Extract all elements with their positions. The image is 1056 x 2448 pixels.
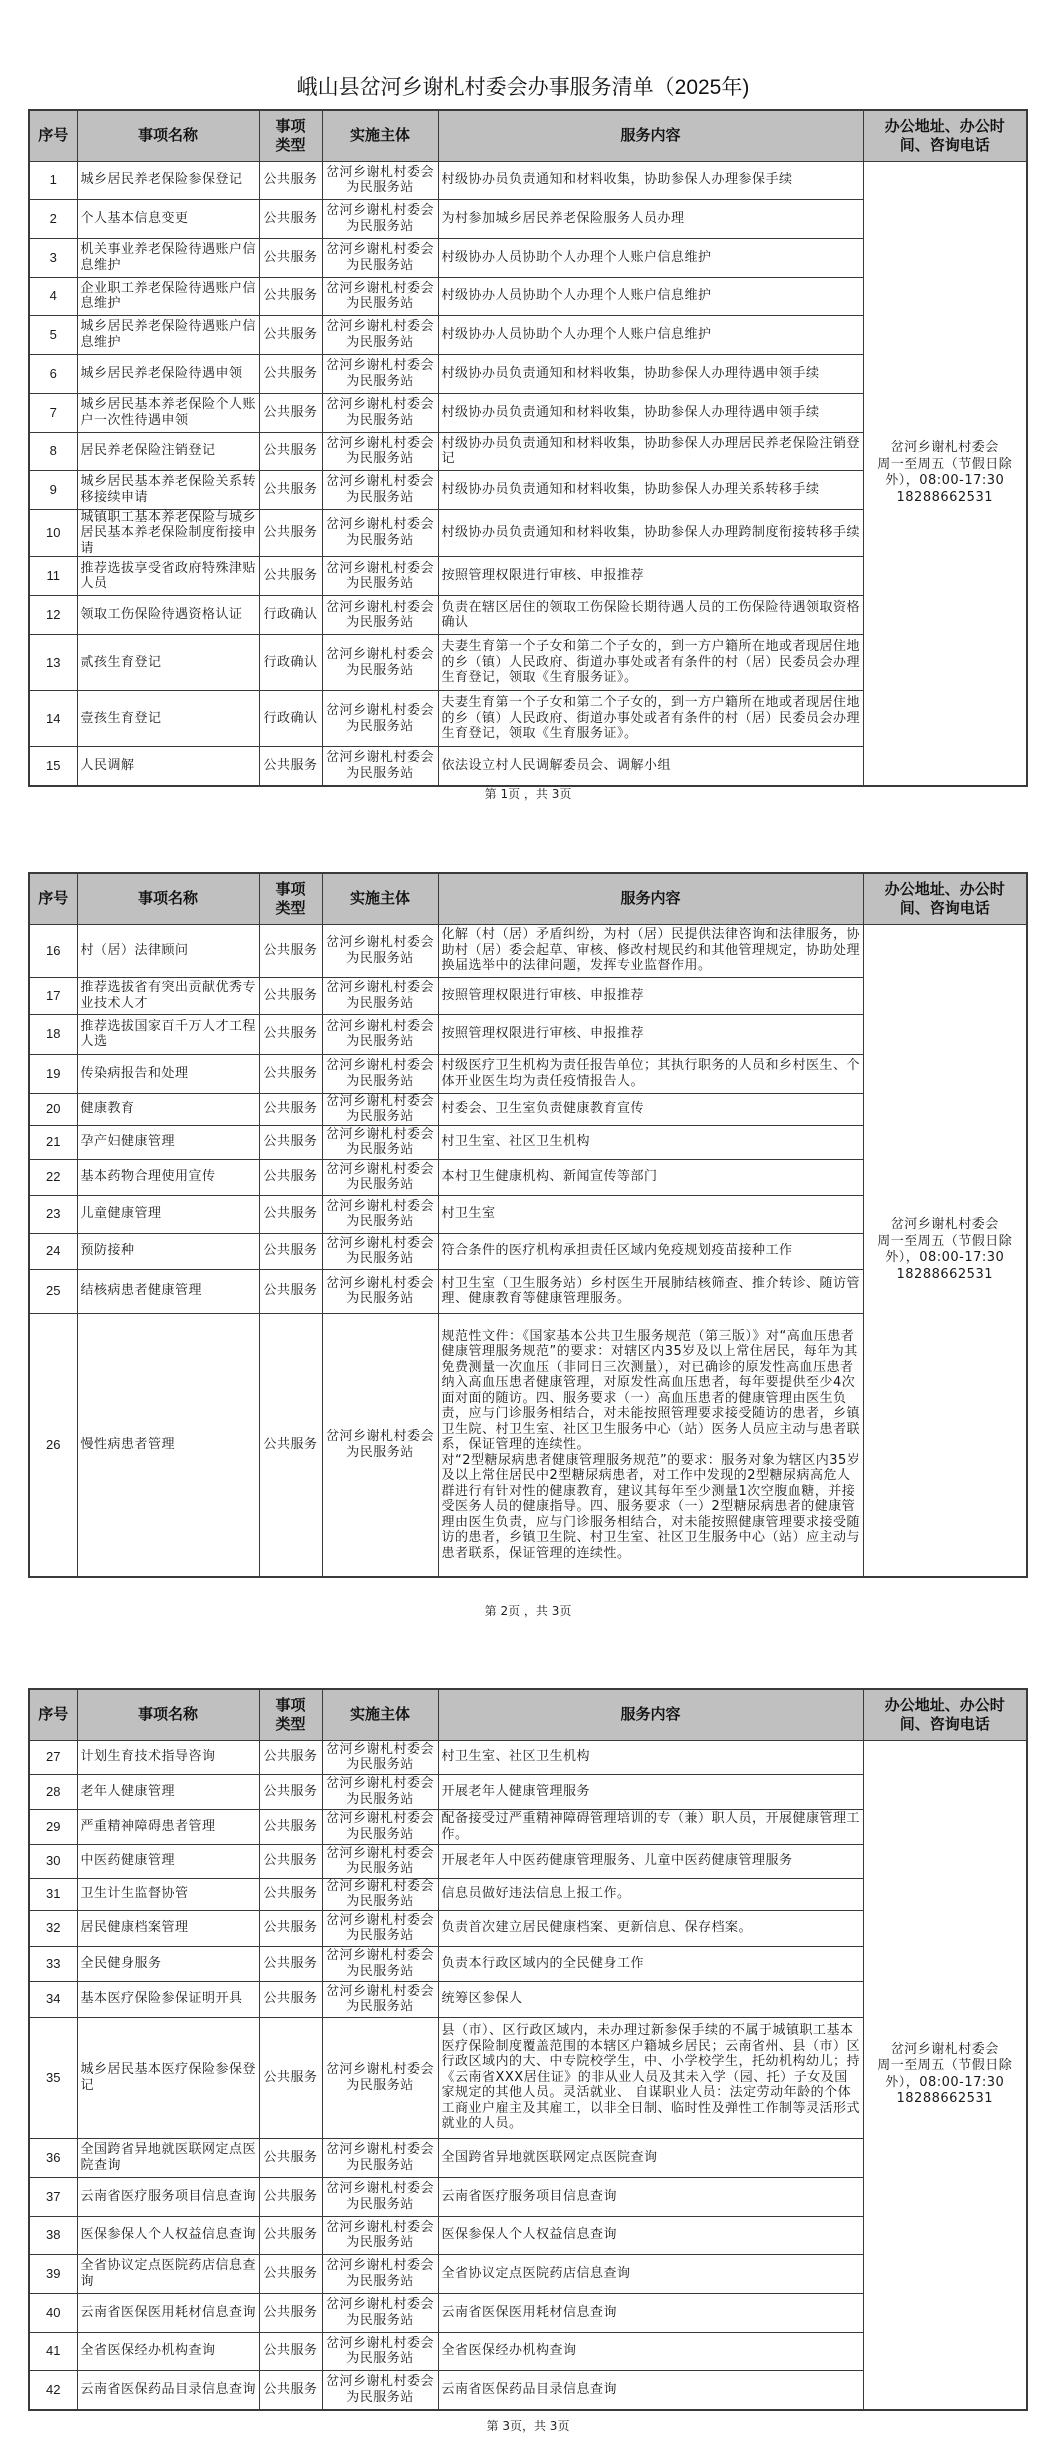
cell-item-name: 儿童健康管理 [77,1195,259,1233]
cell-item-name: 机关事业养老保险待遇账户信息维护 [77,238,259,277]
cell-item-name: 城乡居民养老保险参保登记 [77,161,259,199]
cell-item-type: 公共服务 [259,924,322,977]
cell-service-content: 村级协办员负责通知和材料收集，协助参保人办理待遇申领手续 [438,354,863,393]
cell-item-type: 行政确认 [259,596,322,635]
cell-item-name: 全省协议定点医院药店信息查询 [77,2254,259,2293]
cell-agency: 岔河乡谢札村委会为民服务站 [322,277,438,315]
cell-item-type: 公共服务 [259,393,322,432]
cell-agency: 岔河乡谢札村委会为民服务站 [322,1014,438,1054]
contact-phone: 18288662531 [876,2091,1015,2108]
cell-item-name: 村（居）法律顾问 [77,924,259,977]
cell-index: 21 [29,1125,77,1159]
cell-service-content: 县（市）、区行政区域内，未办理过新参保手续的不属于城镇职工基本医疗保险制度覆盖范… [438,2017,863,2138]
cell-item-name: 健康教育 [77,1093,259,1125]
contact-phone: 18288662531 [876,490,1015,507]
cell-agency: 岔河乡谢札村委会为民服务站 [322,1946,438,1981]
cell-service-content: 村级协办员负责通知和材料收集，协助参保人办理参保手续 [438,161,863,199]
cell-agency: 岔河乡谢札村委会为民服务站 [322,1125,438,1159]
cell-item-name: 领取工伤保险待遇资格认证 [77,596,259,635]
cell-index: 5 [29,315,77,354]
cell-item-name: 计划生育技术指导咨询 [77,1740,259,1774]
cell-item-type: 公共服务 [259,2332,322,2370]
cell-item-name: 全国跨省异地就医联网定点医院查询 [77,2138,259,2177]
cell-item-name: 城乡居民基本养老保险个人账户一次性待遇申领 [77,393,259,432]
table-header: 序号 事项名称 事项 类型 实施主体 服务内容 办公地址、办公时 间、咨询电话 [29,873,1027,924]
header-item-name: 事项名称 [77,873,259,924]
cell-agency: 岔河乡谢札村委会为民服务站 [322,2138,438,2177]
cell-agency: 岔河乡谢札村委会为民服务站 [322,1269,438,1313]
cell-item-type: 公共服务 [259,2293,322,2332]
cell-agency: 岔河乡谢札村委会为民服务站 [322,161,438,199]
cell-service-content: 负责在辖区居住的领取工伤保险长期待遇人员的工伤保险待遇领取资格确认 [438,596,863,635]
cell-item-name: 企业职工养老保险待遇账户信息维护 [77,277,259,315]
cell-agency: 岔河乡谢札村委会为民服务站 [322,470,438,509]
cell-index: 18 [29,1014,77,1054]
cell-service-content: 配备接受过严重精神障碍管理培训的专（兼）职人员，开展健康管理工作。 [438,1809,863,1844]
header-row: 序号 事项名称 事项 类型 实施主体 服务内容 办公地址、办公时 间、咨询电话 [29,110,1027,161]
cell-agency: 岔河乡谢札村委会为民服务站 [322,1981,438,2017]
cell-item-type: 公共服务 [259,1159,322,1195]
cell-item-name: 城镇职工基本养老保险与城乡居民基本养老保险制度衔接申请 [77,509,259,557]
cell-agency: 岔河乡谢札村委会为民服务站 [322,1844,438,1878]
cell-service-content: 云南省医保药品目录信息查询 [438,2370,863,2410]
cell-index: 32 [29,1910,77,1946]
contact-org: 岔河乡谢札村委会 [876,2042,1015,2059]
page-footer-3: 第 3页，共 3页 [0,2418,1056,2434]
cell-agency: 岔河乡谢札村委会为民服务站 [322,924,438,977]
cell-item-name: 推荐选拔省有突出贡献优秀专业技术人才 [77,977,259,1014]
header-contact: 办公地址、办公时 间、咨询电话 [863,110,1027,161]
cell-agency: 岔河乡谢札村委会为民服务站 [322,1809,438,1844]
document-title: 峨山县岔河乡谢札村委会办事服务清单（2025年) [0,74,1046,102]
cell-service-content: 全省协议定点医院药店信息查询 [438,2254,863,2293]
cell-agency: 岔河乡谢札村委会为民服务站 [322,199,438,238]
cell-item-name: 壹孩生育登记 [77,691,259,747]
cell-item-name: 基本医疗保险参保证明开具 [77,1981,259,2017]
cell-contact-info: 岔河乡谢札村委会周一至周五（节假日除外），08:00-17:3018288662… [863,161,1027,786]
cell-index: 14 [29,691,77,747]
cell-service-content: 村级协办员负责通知和材料收集，协助参保人办理关系转移手续 [438,470,863,509]
cell-item-name: 云南省医疗服务项目信息查询 [77,2177,259,2216]
header-item-type: 事项 类型 [259,1689,322,1740]
header-item-name: 事项名称 [77,1689,259,1740]
header-index: 序号 [29,1689,77,1740]
cell-index: 15 [29,747,77,786]
cell-item-type: 公共服务 [259,1844,322,1878]
cell-index: 13 [29,635,77,691]
cell-index: 9 [29,470,77,509]
header-service-content: 服务内容 [438,873,863,924]
cell-agency: 岔河乡谢札村委会为民服务站 [322,238,438,277]
cell-item-type: 公共服务 [259,432,322,470]
cell-index: 6 [29,354,77,393]
cell-item-type: 公共服务 [259,161,322,199]
cell-item-type: 公共服务 [259,1910,322,1946]
cell-service-content: 按照管理权限进行审核、申报推荐 [438,1014,863,1054]
cell-item-type: 公共服务 [259,1054,322,1093]
header-contact: 办公地址、办公时 间、咨询电话 [863,1689,1027,1740]
cell-index: 20 [29,1093,77,1125]
table-row: 1城乡居民养老保险参保登记公共服务岔河乡谢札村委会为民服务站村级协办员负责通知和… [29,161,1027,199]
cell-service-content: 负责首次建立居民健康档案、更新信息、保存档案。 [438,1910,863,1946]
cell-service-content: 村卫生室、社区卫生机构 [438,1740,863,1774]
cell-item-name: 慢性病患者管理 [77,1313,259,1577]
cell-agency: 岔河乡谢札村委会为民服务站 [322,1159,438,1195]
cell-index: 41 [29,2332,77,2370]
cell-item-type: 公共服务 [259,470,322,509]
cell-index: 7 [29,393,77,432]
cell-service-content: 符合条件的医疗机构承担责任区域内免疫规划疫苗接种工作 [438,1233,863,1269]
cell-item-name: 个人基本信息变更 [77,199,259,238]
cell-agency: 岔河乡谢札村委会为民服务站 [322,747,438,786]
cell-agency: 岔河乡谢札村委会为民服务站 [322,2017,438,2138]
cell-agency: 岔河乡谢札村委会为民服务站 [322,1740,438,1774]
cell-item-name: 城乡居民养老保险待遇账户信息维护 [77,315,259,354]
cell-service-content: 规范性文件：《国家基本公共卫生服务规范（第三版）》对“高血压患者健康管理服务规范… [438,1313,863,1577]
contact-hours: 周一至周五（节假日除外），08:00-17:30 [876,457,1015,490]
cell-index: 11 [29,557,77,596]
header-agency: 实施主体 [322,873,438,924]
cell-item-type: 公共服务 [259,1014,322,1054]
cell-index: 31 [29,1878,77,1910]
contact-phone: 18288662531 [876,1267,1015,1284]
cell-agency: 岔河乡谢札村委会为民服务站 [322,2332,438,2370]
cell-agency: 岔河乡谢札村委会为民服务站 [322,1774,438,1809]
cell-item-type: 行政确认 [259,691,322,747]
header-service-content: 服务内容 [438,110,863,161]
cell-item-type: 公共服务 [259,238,322,277]
cell-service-content: 全国跨省异地就医联网定点医院查询 [438,2138,863,2177]
cell-agency: 岔河乡谢札村委会为民服务站 [322,2177,438,2216]
cell-agency: 岔河乡谢札村委会为民服务站 [322,1195,438,1233]
page-footer-1: 第 1页 ，共 3页 [0,786,1056,802]
cell-item-name: 严重精神障碍患者管理 [77,1809,259,1844]
cell-agency: 岔河乡谢札村委会为民服务站 [322,1093,438,1125]
cell-item-type: 公共服务 [259,199,322,238]
cell-item-name: 居民健康档案管理 [77,1910,259,1946]
cell-service-content: 依法设立村人民调解委员会、调解小组 [438,747,863,786]
cell-item-name: 老年人健康管理 [77,1774,259,1809]
cell-item-name: 人民调解 [77,747,259,786]
cell-index: 3 [29,238,77,277]
cell-service-content: 负责本行政区域内的全民健身工作 [438,1946,863,1981]
cell-item-type: 公共服务 [259,1774,322,1809]
cell-agency: 岔河乡谢札村委会为民服务站 [322,2216,438,2254]
cell-item-name: 推荐选拔享受省政府特殊津贴人员 [77,557,259,596]
header-item-type: 事项 类型 [259,110,322,161]
contact-hours: 周一至周五（节假日除外），08:00-17:30 [876,2058,1015,2091]
cell-service-content: 夫妻生育第一个子女和第二个子女的，到一方户籍所在地或者现居住地的乡（镇）人民政府… [438,691,863,747]
cell-item-name: 医保参保人个人权益信息查询 [77,2216,259,2254]
cell-service-content: 云南省医疗服务项目信息查询 [438,2177,863,2216]
cell-service-content: 村级医疗卫生机构为责任报告单位；其执行职务的人员和乡村医生、个体开业医生均为责任… [438,1054,863,1093]
cell-agency: 岔河乡谢札村委会为民服务站 [322,635,438,691]
cell-index: 37 [29,2177,77,2216]
cell-item-type: 公共服务 [259,1093,322,1125]
cell-agency: 岔河乡谢札村委会为民服务站 [322,1233,438,1269]
cell-agency: 岔河乡谢札村委会为民服务站 [322,2370,438,2410]
cell-service-content: 按照管理权限进行审核、申报推荐 [438,977,863,1014]
cell-item-type: 公共服务 [259,354,322,393]
cell-item-type: 公共服务 [259,1809,322,1844]
cell-index: 24 [29,1233,77,1269]
cell-item-type: 公共服务 [259,747,322,786]
cell-item-type: 公共服务 [259,315,322,354]
cell-item-type: 公共服务 [259,1233,322,1269]
table-row: 16村（居）法律顾问公共服务岔河乡谢札村委会为民服务站化解（村（居）矛盾纠纷，为… [29,924,1027,977]
cell-index: 26 [29,1313,77,1577]
cell-service-content: 医保参保人个人权益信息查询 [438,2216,863,2254]
cell-item-type: 公共服务 [259,2254,322,2293]
cell-agency: 岔河乡谢札村委会为民服务站 [322,1313,438,1577]
header-index: 序号 [29,873,77,924]
cell-service-content: 本村卫生健康机构、新闻宣传等部门 [438,1159,863,1195]
table-body: 1城乡居民养老保险参保登记公共服务岔河乡谢札村委会为民服务站村级协办员负责通知和… [29,161,1027,786]
cell-index: 4 [29,277,77,315]
cell-index: 39 [29,2254,77,2293]
cell-service-content: 夫妻生育第一个子女和第二个子女的，到一方户籍所在地或者现居住地的乡（镇）人民政府… [438,635,863,691]
cell-index: 27 [29,1740,77,1774]
cell-index: 28 [29,1774,77,1809]
cell-item-name: 城乡居民基本养老保险关系转移接续申请 [77,470,259,509]
cell-service-content: 化解（村（居）矛盾纠纷，为村（居）民提供法律咨询和法律服务，协助村（居）委会起草… [438,924,863,977]
contact-org: 岔河乡谢札村委会 [876,1217,1015,1234]
table-header: 序号 事项名称 事项 类型 实施主体 服务内容 办公地址、办公时 间、咨询电话 [29,1689,1027,1740]
cell-agency: 岔河乡谢札村委会为民服务站 [322,2254,438,2293]
cell-service-content: 全省医保经办机构查询 [438,2332,863,2370]
cell-item-type: 行政确认 [259,635,322,691]
cell-agency: 岔河乡谢札村委会为民服务站 [322,977,438,1014]
cell-service-content: 村卫生室、社区卫生机构 [438,1125,863,1159]
cell-agency: 岔河乡谢札村委会为民服务站 [322,393,438,432]
cell-item-name: 全省医保经办机构查询 [77,2332,259,2370]
cell-item-type: 公共服务 [259,1269,322,1313]
cell-service-content: 为村参加城乡居民养老保险服务人员办理 [438,199,863,238]
cell-index: 1 [29,161,77,199]
cell-item-name: 预防接种 [77,1233,259,1269]
contact-org: 岔河乡谢札村委会 [876,440,1015,457]
cell-index: 25 [29,1269,77,1313]
cell-agency: 岔河乡谢札村委会为民服务站 [322,1910,438,1946]
cell-agency: 岔河乡谢札村委会为民服务站 [322,691,438,747]
cell-service-content: 村级协办员负责通知和材料收集，协助参保人办理居民养老保险注销登记 [438,432,863,470]
cell-agency: 岔河乡谢札村委会为民服务站 [322,354,438,393]
cell-index: 16 [29,924,77,977]
cell-index: 22 [29,1159,77,1195]
header-item-type: 事项 类型 [259,873,322,924]
cell-item-name: 贰孩生育登记 [77,635,259,691]
cell-item-type: 公共服务 [259,1946,322,1981]
cell-item-name: 居民养老保险注销登记 [77,432,259,470]
cell-item-name: 卫生计生监督协管 [77,1878,259,1910]
header-agency: 实施主体 [322,1689,438,1740]
cell-contact-info: 岔河乡谢札村委会周一至周五（节假日除外），08:00-17:3018288662… [863,924,1027,1577]
cell-item-name: 城乡居民基本医疗保险参保登记 [77,2017,259,2138]
cell-item-name: 基本药物合理使用宣传 [77,1159,259,1195]
page-footer-2: 第 2页 ，共 3页 [0,1603,1056,1619]
cell-agency: 岔河乡谢札村委会为民服务站 [322,432,438,470]
cell-item-type: 公共服务 [259,977,322,1014]
header-agency: 实施主体 [322,110,438,161]
cell-item-type: 公共服务 [259,277,322,315]
cell-service-content: 统筹区参保人 [438,1981,863,2017]
cell-service-content: 按照管理权限进行审核、申报推荐 [438,557,863,596]
cell-index: 29 [29,1809,77,1844]
header-index: 序号 [29,110,77,161]
cell-agency: 岔河乡谢札村委会为民服务站 [322,557,438,596]
cell-index: 19 [29,1054,77,1093]
cell-item-name: 城乡居民养老保险待遇申领 [77,354,259,393]
table-body: 16村（居）法律顾问公共服务岔河乡谢札村委会为民服务站化解（村（居）矛盾纠纷，为… [29,924,1027,1577]
cell-item-type: 公共服务 [259,1740,322,1774]
cell-item-name: 推荐选拔国家百千万人才工程人选 [77,1014,259,1054]
cell-service-content: 村卫生室（卫生服务站）乡村医生开展肺结核筛查、推介转诊、随访管理、健康教育等健康… [438,1269,863,1313]
cell-agency: 岔河乡谢札村委会为民服务站 [322,1054,438,1093]
header-row: 序号 事项名称 事项 类型 实施主体 服务内容 办公地址、办公时 间、咨询电话 [29,1689,1027,1740]
cell-item-type: 公共服务 [259,2017,322,2138]
cell-item-type: 公共服务 [259,557,322,596]
cell-index: 23 [29,1195,77,1233]
cell-service-content: 信息员做好违法信息上报工作。 [438,1878,863,1910]
cell-item-type: 公共服务 [259,1981,322,2017]
cell-index: 42 [29,2370,77,2410]
cell-service-content: 云南省医保医用耗材信息查询 [438,2293,863,2332]
header-service-content: 服务内容 [438,1689,863,1740]
cell-index: 38 [29,2216,77,2254]
service-table-page-3: 序号 事项名称 事项 类型 实施主体 服务内容 办公地址、办公时 间、咨询电话 … [28,1688,1028,2411]
table-header: 序号 事项名称 事项 类型 实施主体 服务内容 办公地址、办公时 间、咨询电话 [29,110,1027,161]
cell-service-content: 村级协办员负责通知和材料收集，协助参保人办理跨制度衔接转移手续 [438,509,863,557]
cell-item-name: 中医药健康管理 [77,1844,259,1878]
cell-item-type: 公共服务 [259,509,322,557]
cell-index: 17 [29,977,77,1014]
cell-item-type: 公共服务 [259,2177,322,2216]
cell-item-type: 公共服务 [259,2138,322,2177]
service-table-page-2: 序号 事项名称 事项 类型 实施主体 服务内容 办公地址、办公时 间、咨询电话 … [28,872,1028,1578]
cell-item-name: 云南省医保药品目录信息查询 [77,2370,259,2410]
service-table-page-1: 序号 事项名称 事项 类型 实施主体 服务内容 办公地址、办公时 间、咨询电话 … [28,109,1028,787]
header-row: 序号 事项名称 事项 类型 实施主体 服务内容 办公地址、办公时 间、咨询电话 [29,873,1027,924]
cell-index: 33 [29,1946,77,1981]
cell-index: 40 [29,2293,77,2332]
cell-item-type: 公共服务 [259,2216,322,2254]
cell-index: 30 [29,1844,77,1878]
cell-service-content: 开展老年人中医药健康管理服务、儿童中医药健康管理服务 [438,1844,863,1878]
cell-agency: 岔河乡谢札村委会为民服务站 [322,315,438,354]
cell-index: 35 [29,2017,77,2138]
table-row: 27计划生育技术指导咨询公共服务岔河乡谢札村委会为民服务站村卫生室、社区卫生机构… [29,1740,1027,1774]
cell-service-content: 村级协办人员协助个人办理个人账户信息维护 [438,238,863,277]
cell-service-content: 村级协办人员协助个人办理个人账户信息维护 [438,315,863,354]
cell-index: 12 [29,596,77,635]
cell-index: 10 [29,509,77,557]
cell-item-name: 云南省医保医用耗材信息查询 [77,2293,259,2332]
cell-service-content: 村卫生室 [438,1195,863,1233]
cell-item-type: 公共服务 [259,1125,322,1159]
cell-item-name: 全民健身服务 [77,1946,259,1981]
cell-item-name: 传染病报告和处理 [77,1054,259,1093]
contact-hours: 周一至周五（节假日除外），08:00-17:30 [876,1234,1015,1267]
cell-service-content: 开展老年人健康管理服务 [438,1774,863,1809]
cell-service-content: 村级协办员负责通知和材料收集，协助参保人办理待遇申领手续 [438,393,863,432]
cell-index: 8 [29,432,77,470]
cell-item-name: 孕产妇健康管理 [77,1125,259,1159]
cell-agency: 岔河乡谢札村委会为民服务站 [322,2293,438,2332]
cell-item-type: 公共服务 [259,1878,322,1910]
cell-service-content: 村级协办人员协助个人办理个人账户信息维护 [438,277,863,315]
cell-index: 34 [29,1981,77,2017]
cell-index: 36 [29,2138,77,2177]
table-body: 27计划生育技术指导咨询公共服务岔河乡谢札村委会为民服务站村卫生室、社区卫生机构… [29,1740,1027,2410]
cell-contact-info: 岔河乡谢札村委会周一至周五（节假日除外），08:00-17:3018288662… [863,1740,1027,2410]
cell-service-content: 村委会、卫生室负责健康教育宣传 [438,1093,863,1125]
cell-item-type: 公共服务 [259,1195,322,1233]
header-item-name: 事项名称 [77,110,259,161]
cell-item-type: 公共服务 [259,1313,322,1577]
cell-item-name: 结核病患者健康管理 [77,1269,259,1313]
cell-agency: 岔河乡谢札村委会为民服务站 [322,596,438,635]
cell-agency: 岔河乡谢札村委会为民服务站 [322,509,438,557]
cell-index: 2 [29,199,77,238]
cell-item-type: 公共服务 [259,2370,322,2410]
header-contact: 办公地址、办公时 间、咨询电话 [863,873,1027,924]
cell-agency: 岔河乡谢札村委会为民服务站 [322,1878,438,1910]
